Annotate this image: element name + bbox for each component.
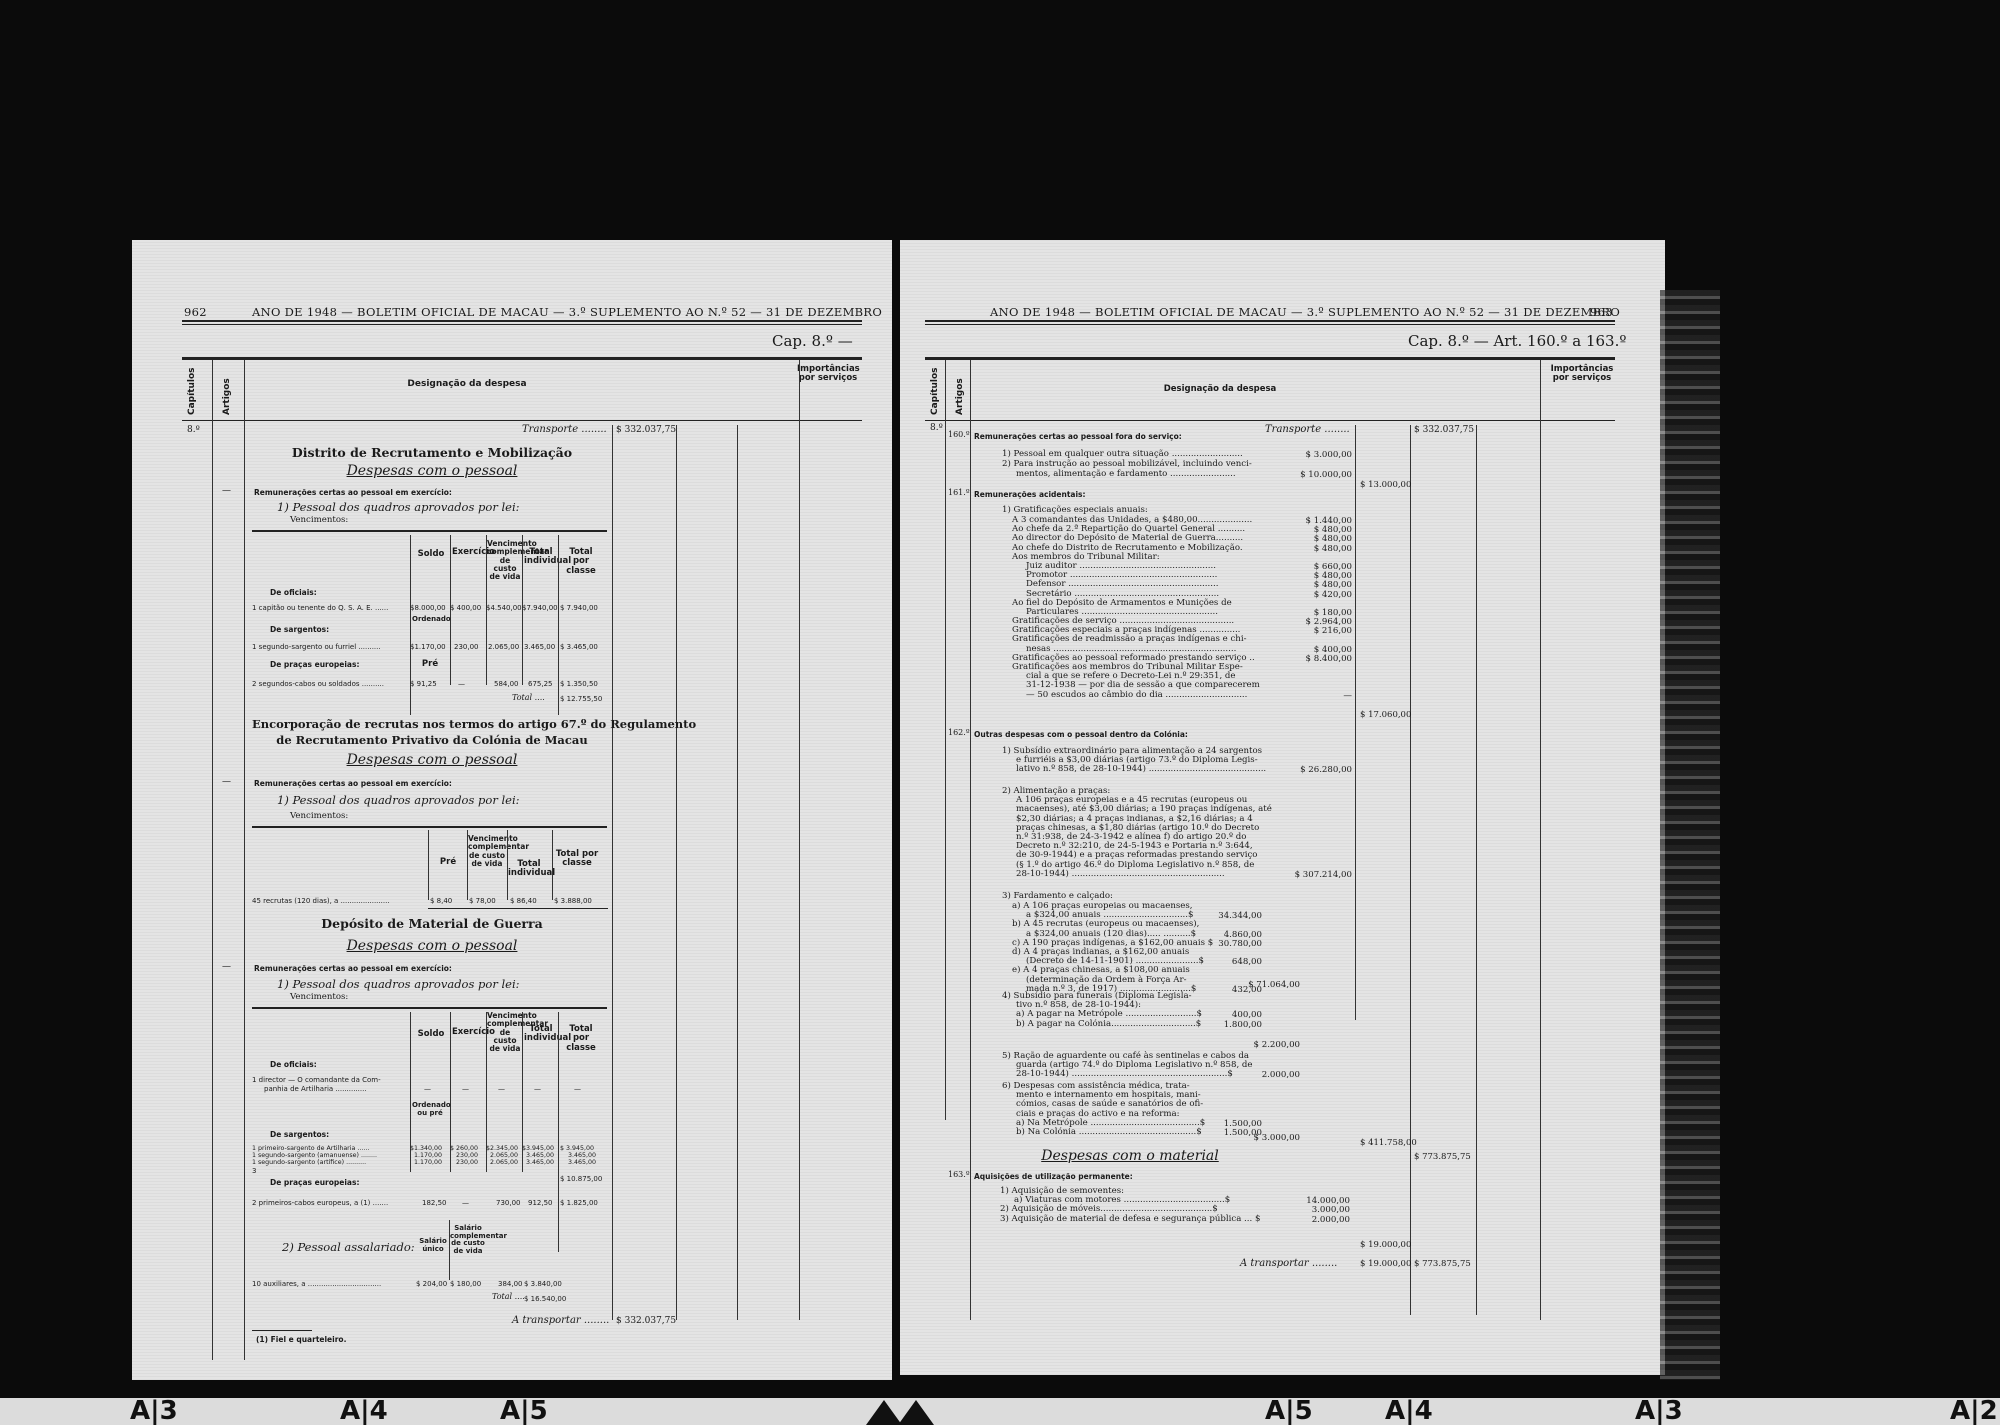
item-value: 2.000,00	[1240, 1070, 1300, 1080]
row-desc: 1 primeiro-sargento de Artilharia ......	[252, 1145, 369, 1152]
total-label: Total ....	[492, 1292, 525, 1301]
article-total: $ 17.060,00	[1360, 710, 1411, 720]
row-desc: panhia de Artilharia ..............	[264, 1085, 367, 1093]
col-capitulos: Capítulos	[930, 365, 940, 415]
frame-marker: A|3	[1635, 1398, 1683, 1425]
section-subtitle: Despesas com o pessoal	[252, 752, 612, 768]
col-total-classe: Total por classe	[560, 548, 602, 576]
frame-marker: A|4	[1385, 1398, 1433, 1425]
item-text: 28-10-1944) ............................…	[1016, 870, 1225, 879]
col-exercicio: Exercício	[452, 548, 486, 557]
cell: $ 400,00	[450, 604, 481, 612]
section-title: de Recrutamento Privativo da Colónia de …	[252, 733, 612, 747]
cell: 384,00	[498, 1280, 523, 1288]
frame-marker: A|3	[130, 1398, 178, 1425]
cell: $ 7.940,00	[560, 604, 598, 612]
item-label: 1) Pessoal dos quadros aprovados por lei…	[277, 500, 520, 514]
row-desc: 1 segundo-sargento ou furriel ..........	[252, 643, 381, 651]
page-number: 963	[1590, 305, 1613, 319]
carry-value: $ 332.037,75	[616, 1316, 676, 1326]
item-value: 2.000,00	[1290, 1215, 1350, 1225]
item-value: $ 10.000,00	[1292, 470, 1352, 480]
cell: $ 86,40	[510, 897, 537, 905]
item-text: lativo n.º 858, de 28-10-1944) .........…	[1016, 765, 1266, 774]
cell: 912,50	[528, 1199, 553, 1207]
col-artigos: Artigos	[222, 365, 232, 415]
cell: $8.000,00	[410, 604, 446, 612]
art161-list: A 3 comandantes das Unidades, a $480,00.…	[1012, 516, 1352, 700]
item-label: 2) Pessoal assalariado:	[282, 1240, 415, 1254]
item-text: 2) Para instrução ao pessoal mobilizável…	[1002, 460, 1252, 469]
section-title: Depósito de Material de Guerra	[252, 916, 612, 931]
cell: 675,25	[528, 680, 553, 688]
item-label: 1) Pessoal dos quadros aprovados por lei…	[277, 793, 520, 807]
frame-marker: A|5	[500, 1398, 548, 1425]
cell: $ 8,40	[430, 897, 452, 905]
vencimentos-label: Vencimentos:	[290, 812, 348, 821]
cell: $ 3.888,00	[554, 897, 592, 905]
list-item: 3) Aquisição de material de defesa e seg…	[1000, 1215, 1355, 1224]
row-desc: 2 primeiros-cabos europeus, a (1) ......…	[252, 1199, 388, 1207]
frame-marker: A|4	[340, 1398, 388, 1425]
cell: $ 204,00	[416, 1280, 447, 1288]
group-label: De sargentos:	[270, 1130, 329, 1139]
dash: —	[222, 962, 231, 972]
section-heading: Remunerações certas ao pessoal em exercí…	[254, 779, 452, 788]
cell: —	[462, 1085, 469, 1093]
col-total-indiv: Total individual	[524, 548, 558, 567]
vencimentos-label: Vencimentos:	[290, 516, 348, 525]
cell: $ 3.840,00	[524, 1280, 562, 1288]
group-label: De oficiais:	[270, 1060, 317, 1069]
section-title: Encorporação de recrutas nos termos do a…	[252, 717, 612, 731]
article-heading: Remunerações acidentais:	[974, 490, 1086, 499]
group-label: De oficiais:	[270, 588, 317, 597]
item-intro: 1) Gratificações especiais anuais:	[1002, 506, 1148, 515]
cell: $1.340,00	[410, 1145, 442, 1152]
item-value: —	[1292, 691, 1352, 701]
article-total: $ 19.000,00	[1360, 1240, 1411, 1250]
article-heading: Remunerações certas ao pessoal fora do s…	[974, 432, 1182, 441]
article-number: 161.º	[948, 488, 970, 497]
running-header: ANO DE 1948 — BOLETIM OFICIAL DE MACAU —…	[252, 305, 882, 319]
chapter-ref: Cap. 8.º —	[772, 332, 853, 350]
cell: 230,00	[456, 1152, 478, 1159]
cell: $ 3.945,00	[560, 1145, 594, 1152]
chapter-number: 8.º	[930, 423, 943, 433]
col-designacao: Designação da despesa	[252, 380, 682, 390]
cell: 3.465,00	[526, 1152, 554, 1159]
total-label: Total ....	[512, 693, 545, 702]
cell: $2.345,00	[486, 1145, 518, 1152]
row-desc: 1 director — O comandante da Com-	[252, 1076, 381, 1084]
item-total: $ 2.200,00	[1220, 1040, 1300, 1050]
list-item: — 50 escudos ao câmbio do dia ..........…	[1012, 691, 1352, 700]
cell: 730,00	[496, 1199, 521, 1207]
col-designacao: Designação da despesa	[980, 385, 1460, 394]
item-text: b) A pagar na Colónia...................…	[1016, 1020, 1201, 1029]
group-label: De praças europeias:	[270, 660, 359, 669]
cell: 2.065,00	[490, 1152, 518, 1159]
col-venc-comp: Vencimento complementar de custo de vida	[487, 540, 523, 581]
cell: —	[458, 680, 465, 688]
cell: 1.170,00	[414, 1159, 442, 1166]
col-salario: Salário único	[418, 1238, 448, 1253]
row-desc: 1 segundo-sargento (amanuense) ........	[252, 1152, 377, 1159]
section-heading: Remunerações certas ao pessoal em exercí…	[254, 488, 452, 497]
col-exercicio: Exercício	[452, 1028, 486, 1037]
item-value: 1.800,00	[1202, 1020, 1262, 1030]
transport-label: Transporte ........	[522, 424, 607, 435]
col-salario-comp: Salário complementar de custo de vida	[450, 1225, 486, 1256]
cell: 3.465,00	[568, 1152, 596, 1159]
chapter-ref: Cap. 8.º — Art. 160.º a 163.º	[1408, 332, 1626, 350]
cell: $1.170,00	[410, 643, 446, 651]
item-text: mentos, alimentação e fardamento .......…	[1016, 470, 1236, 479]
carry-value: $ 19.000,00	[1360, 1259, 1411, 1269]
col-capitulos: Capítulos	[187, 365, 197, 415]
row-desc: 1 segundo-sargento (artífice) ..........	[252, 1159, 366, 1166]
section-subtitle: Despesas com o pessoal	[252, 463, 612, 479]
subtotal: $ 10.875,00	[560, 1175, 602, 1183]
item-text: 28-10-1944) ............................…	[1016, 1070, 1233, 1079]
row-desc: 1 capitão ou tenente do Q. S. A. E. ....…	[252, 604, 388, 612]
item-text: — 50 escudos ao câmbio do dia ..........…	[1026, 691, 1247, 700]
col-pre: Pré	[430, 858, 466, 867]
film-strip: A|3 A|4 A|5 A|5 A|4 A|3 A|2	[0, 1398, 2000, 1425]
col-note: Pré	[412, 660, 448, 669]
cell: —	[534, 1085, 541, 1093]
item-total: $ 71.064,00	[1220, 980, 1300, 990]
row-desc: 45 recrutas (120 dias), a ..............…	[252, 897, 390, 905]
book-edge	[1660, 290, 1720, 1380]
cell: 2.065,00	[490, 1159, 518, 1166]
col-note: Ordenado ou pré	[412, 1102, 448, 1117]
footnote: (1) Fiel e quarteleiro.	[256, 1335, 346, 1344]
col-total-indiv: Total individual	[524, 1025, 558, 1044]
item-text: 3) Aquisição de material de defesa e seg…	[1000, 1215, 1260, 1224]
carry-label: A transportar ........	[512, 1315, 609, 1326]
col-soldo: Soldo	[412, 1030, 450, 1039]
item-value: $ 26.280,00	[1290, 765, 1352, 775]
center-arrow-icon	[898, 1400, 934, 1425]
row-desc: 2 segundos-cabos ou soldados ..........	[252, 680, 384, 688]
center-arrow-icon	[866, 1400, 902, 1425]
transport-value: $ 332.037,75	[1414, 425, 1474, 435]
section-heading: Remunerações certas ao pessoal em exercí…	[254, 964, 452, 973]
cell: 182,50	[422, 1199, 447, 1207]
article-heading: Outras despesas com o pessoal dentro da …	[974, 730, 1188, 739]
cell: $ 3.465,00	[560, 643, 598, 651]
running-header: ANO DE 1948 — BOLETIM OFICIAL DE MACAU —…	[990, 305, 1620, 319]
cell: —	[424, 1085, 431, 1093]
cell: $4.540,00	[486, 604, 522, 612]
cell: 3.465,00	[568, 1159, 596, 1166]
cell: $ 260,00	[450, 1145, 478, 1152]
col-importancias: Importâncias por serviços	[1550, 365, 1614, 384]
art163-list: 1) Aquisição de semoventes:a) Viaturas c…	[1000, 1187, 1355, 1224]
article-heading: Aquisições de utilização permanente:	[974, 1172, 1133, 1181]
frame-marker: A|5	[1265, 1398, 1313, 1425]
page-number: 962	[184, 305, 207, 319]
cell: 3.465,00	[526, 1159, 554, 1166]
col-note: Ordenado	[412, 616, 448, 624]
count: 3	[252, 1167, 256, 1175]
item-label: 1) Pessoal dos quadros aprovados por lei…	[277, 977, 520, 991]
cell: —	[574, 1085, 581, 1093]
cell: —	[462, 1199, 469, 1207]
article-number: 160.º	[948, 430, 970, 439]
group-label: De sargentos:	[270, 625, 329, 634]
cell: $ 91,25	[410, 680, 437, 688]
carry-value: $ 773.875,75	[1414, 1259, 1471, 1269]
col-venc-comp: Vencimento complementar de custo de vida	[468, 835, 506, 868]
row-desc: 10 auxiliares, a .......................…	[252, 1280, 381, 1288]
item-value: $ 3.000,00	[1292, 450, 1352, 460]
dash: —	[222, 777, 231, 787]
col-venc-comp: Vencimento complementar de custo de vida	[487, 1012, 523, 1053]
total-value: $ 12.755,50	[560, 695, 602, 703]
item-text: b) Na Colónia ..........................…	[1016, 1128, 1202, 1137]
chapter-number: 8.º	[187, 425, 200, 435]
col-total-indiv: Total individual	[508, 860, 550, 879]
vencimentos-label: Vencimentos:	[290, 993, 348, 1002]
article-number: 162.º	[948, 728, 970, 737]
total-value: $ 16.540,00	[524, 1295, 566, 1303]
col-importancias: Importâncias por serviços	[797, 365, 859, 384]
dash: —	[222, 486, 231, 496]
section-subtitle: Despesas com o pessoal	[252, 938, 612, 954]
right-page: ANO DE 1948 — BOLETIM OFICIAL DE MACAU —…	[900, 240, 1665, 1375]
group-label: De praças europeias:	[270, 1178, 359, 1187]
cell: $ 78,00	[469, 897, 496, 905]
left-page: 962 ANO DE 1948 — BOLETIM OFICIAL DE MAC…	[132, 240, 892, 1380]
personnel-total: $ 773.875,75	[1414, 1152, 1471, 1162]
item-total: $ 3.000,00	[1220, 1133, 1300, 1143]
cell: 230,00	[454, 643, 479, 651]
cell: $3.945,00	[522, 1145, 554, 1152]
cell: 230,00	[456, 1159, 478, 1166]
section-title: Distrito de Recrutamento e Mobilização	[252, 445, 612, 460]
cell: 3.465,00	[524, 643, 555, 651]
cell: $7.940,00	[522, 604, 558, 612]
cell: $ 1.825,00	[560, 1199, 598, 1207]
item-intro: 3) Fardamento e calçado:	[1002, 892, 1113, 901]
item-value: $ 307.214,00	[1290, 870, 1352, 880]
cell: 584,00	[494, 680, 519, 688]
frame-marker: A|2	[1950, 1398, 1998, 1425]
transport-label: Transporte ........	[1265, 424, 1350, 435]
section-subtitle: Despesas com o material	[1010, 1148, 1250, 1164]
cell: 2.065,00	[488, 643, 519, 651]
article-total: $ 13.000,00	[1360, 480, 1411, 490]
cell: —	[498, 1085, 505, 1093]
cell: 1.170,00	[414, 1152, 442, 1159]
transport-value: $ 332.037,75	[616, 425, 676, 435]
cell: $ 1.350,50	[560, 680, 598, 688]
col-soldo: Soldo	[412, 550, 450, 559]
col-total-classe: Total por classe	[552, 850, 602, 869]
article-total: $ 411.758,00	[1360, 1138, 1417, 1148]
col-total-classe: Total por classe	[560, 1025, 602, 1053]
item-text: 1) Pessoal em qualquer outra situação ..…	[1002, 450, 1243, 459]
article-number: 163.º	[948, 1170, 970, 1179]
carry-label: A transportar ........	[1240, 1258, 1337, 1269]
cell: $ 180,00	[450, 1280, 481, 1288]
col-artigos: Artigos	[955, 365, 965, 415]
